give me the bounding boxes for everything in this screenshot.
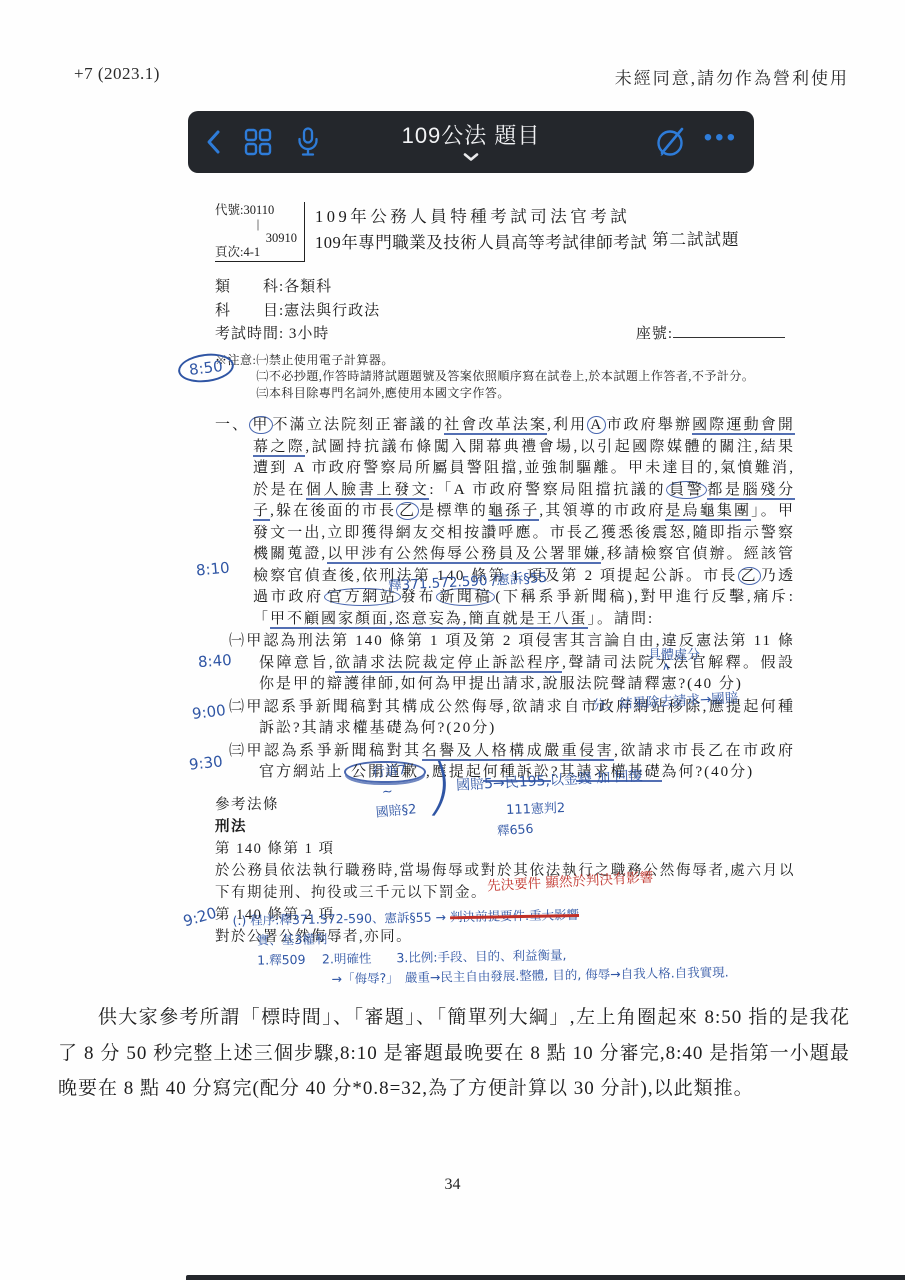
exam-notices: ※注意: ㈠禁止使用電子計算器。 ㈡不必抄題,作答時請將試題題號及答案依照順序寫… xyxy=(215,352,795,402)
handwritten-time-2: 8:40 xyxy=(197,651,232,671)
exam-title-line2: 109年專門職業及技術人員高等考試律師考試 xyxy=(315,230,645,256)
microphone-button[interactable] xyxy=(296,127,320,157)
page-canvas: +7 (2023.1) 未經同意,請勿作為營利使用 109公法 題目 xyxy=(0,0,905,1280)
reference-article-1-title: 第 140 條第 1 項 xyxy=(215,838,795,860)
exam-code-separator: | xyxy=(215,217,301,231)
field-exam-time: 考試時間: 3小時 xyxy=(215,323,329,347)
handwritten-insert-note: 具體處分 ∧ xyxy=(648,644,700,671)
seat-label: 座號: xyxy=(636,326,673,342)
more-options-button[interactable]: ••• xyxy=(704,126,738,158)
handwritten-interpretation-656-note: 釋656 xyxy=(496,819,534,839)
field-subject: 科 目:憲法與行政法 xyxy=(215,300,795,324)
seat-blank-line xyxy=(673,324,785,338)
readonly-pen-toggle-icon[interactable] xyxy=(656,126,686,158)
notice-item-2: ㈡不必抄題,作答時請將試題題號及答案依照順序寫在試卷上,於本試題上作答者,不予計… xyxy=(256,368,754,385)
chevron-down-icon[interactable] xyxy=(463,148,479,166)
exam-fields: 類 科:各類科 科 目:憲法與行政法 考試時間: 3小時 座號: xyxy=(215,276,795,347)
page-header-left: +7 (2023.1) xyxy=(74,64,160,84)
exam-code-box: 代號:30110 | 30910 頁次:4-1 xyxy=(215,202,305,262)
field-category: 類 科:各類科 xyxy=(215,276,795,300)
exam-page-number: 頁次:4-1 xyxy=(215,245,260,259)
exam-title-line1: 109年公務人員特種考試司法官考試 xyxy=(315,204,645,230)
copyright-notice: 未經同意,請勿作為營利使用 xyxy=(615,64,849,89)
exam-code-line2: 30910 xyxy=(215,231,301,245)
handwritten-lawsuit-note: 行訴7 ~ 國賠§2 xyxy=(371,760,417,823)
notice-item-1: ㈠禁止使用電子計算器。 xyxy=(256,352,754,369)
handwritten-time-1: 8:10 xyxy=(195,559,230,580)
handwritten-outline-block: (.) 程序:釋371.572-590、憲訴§55 → 判決前提要件.重大影響 … xyxy=(232,901,818,991)
app-toolbar: 109公法 題目 ••• xyxy=(188,111,754,173)
insertion-caret: ∧ xyxy=(662,663,700,671)
exam-header: 代號:30110 | 30910 頁次:4-1 109年公務人員特種考試司法官考… xyxy=(215,200,795,276)
outline-struck-text: 判決前提要件.重大影響 xyxy=(450,907,579,924)
book-page-number: 34 xyxy=(0,1176,905,1194)
exam-code-line1: 代號:30110 xyxy=(215,203,274,217)
question-1-sub-1: ㈠甲認為刑法第 140 條第 1 項及第 2 項侵害其言論自由,違反憲法第 11… xyxy=(229,631,795,696)
thumbnails-grid-button[interactable] xyxy=(244,128,272,156)
back-button[interactable] xyxy=(204,129,222,155)
commentary-paragraph: 供大家參考所謂「標時間」、「審題」、「簡單列大綱」,左上角圈起來 8:50 指的… xyxy=(58,1000,850,1107)
notice-item-3: ㈢本科目除專門名詞外,應使用本國文字作答。 xyxy=(256,385,754,402)
handwritten-judgment-note: 111憲判2 xyxy=(506,797,566,818)
question-1-body: 一、甲不滿立法院刻正審議的社會改革法案,利用A市政府舉辦國際運動會開幕之際,試圖… xyxy=(215,415,795,630)
handwritten-time-5: 9:20 xyxy=(181,904,218,931)
handwritten-time-4: 9:30 xyxy=(188,752,223,773)
next-screenshot-edge xyxy=(186,1275,905,1280)
document-title[interactable]: 109公法 題目 xyxy=(402,119,541,150)
seat-number: 座號: xyxy=(636,323,785,347)
exam-trial-label: 第二試試題 xyxy=(652,226,740,250)
